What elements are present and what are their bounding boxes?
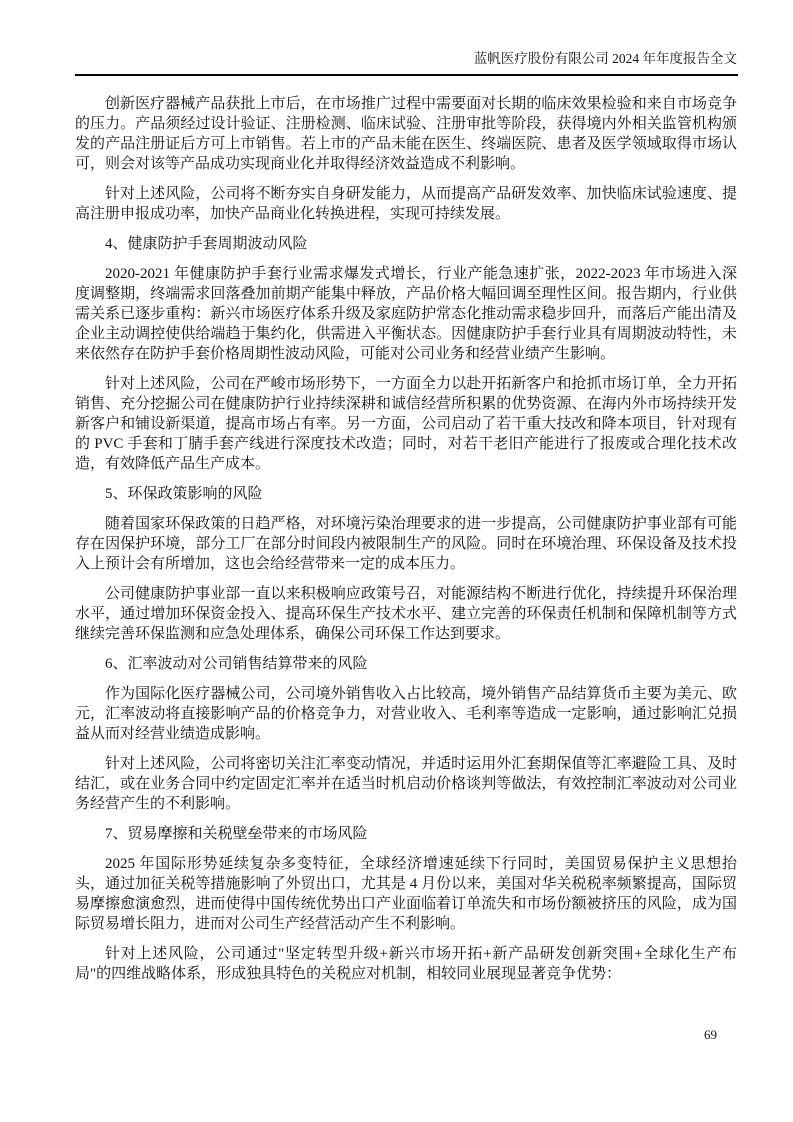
header-divider [75,74,738,76]
paragraph-innovation-device-risk: 创新医疗器械产品获批上市后，在市场推广过程中需要面对长期的临床效果检验和来自市场… [75,94,737,174]
section-heading-exchange-rate-risk: 6、汇率波动对公司销售结算带来的风险 [75,654,737,674]
report-header-title: 蓝帆医疗股份有限公司 2024 年年度报告全文 [75,50,737,68]
paragraph-exchange-rate-response: 针对上述风险，公司将密切关注汇率变动情况，并适时运用外汇套期保值等汇率避险工具、… [75,754,737,814]
section-heading-glove-cycle-risk: 4、健康防护手套周期波动风险 [75,234,737,254]
paragraph-exchange-rate-risk: 作为国际化医疗器械公司，公司境外销售收入占比较高，境外销售产品结算货币主要为美元… [75,684,737,744]
paragraph-environmental-policy-risk: 随着国家环保政策的日趋严格，对环境污染治理要求的进一步提高，公司健康防护事业部有… [75,514,737,574]
report-page: 蓝帆医疗股份有限公司 2024 年年度报告全文 创新医疗器械产品获批上市后，在市… [0,0,793,1122]
paragraph-glove-cycle-response: 针对上述风险，公司在严峻市场形势下，一方面全力以赴开拓新客户和抢抓市场订单，全力… [75,374,737,474]
section-heading-environmental-policy-risk: 5、环保政策影响的风险 [75,484,737,504]
page-number: 69 [75,1027,717,1043]
report-body: 创新医疗器械产品获批上市后，在市场推广过程中需要面对长期的临床效果检验和来自市场… [75,94,737,994]
paragraph-innovation-device-response: 针对上述风险，公司将不断夯实自身研发能力，从而提高产品研发效率、加快临床试验速度… [75,184,737,224]
paragraph-environmental-policy-response: 公司健康防护事业部一直以来积极响应政策号召，对能源结构不断进行优化，持续提升环保… [75,584,737,644]
paragraph-trade-friction-risk: 2025 年国际形势延续复杂多变特征，全球经济增速延续下行同时，美国贸易保护主义… [75,854,737,934]
paragraph-trade-friction-response: 针对上述风险，公司通过"坚定转型升级+新兴市场开拓+新产品研发创新突围+全球化生… [75,944,737,984]
section-heading-trade-friction-risk: 7、贸易摩擦和关税壁垒带来的市场风险 [75,824,737,844]
paragraph-glove-cycle-risk: 2020-2021 年健康防护手套行业需求爆发式增长，行业产能急速扩张，2022… [75,264,737,364]
